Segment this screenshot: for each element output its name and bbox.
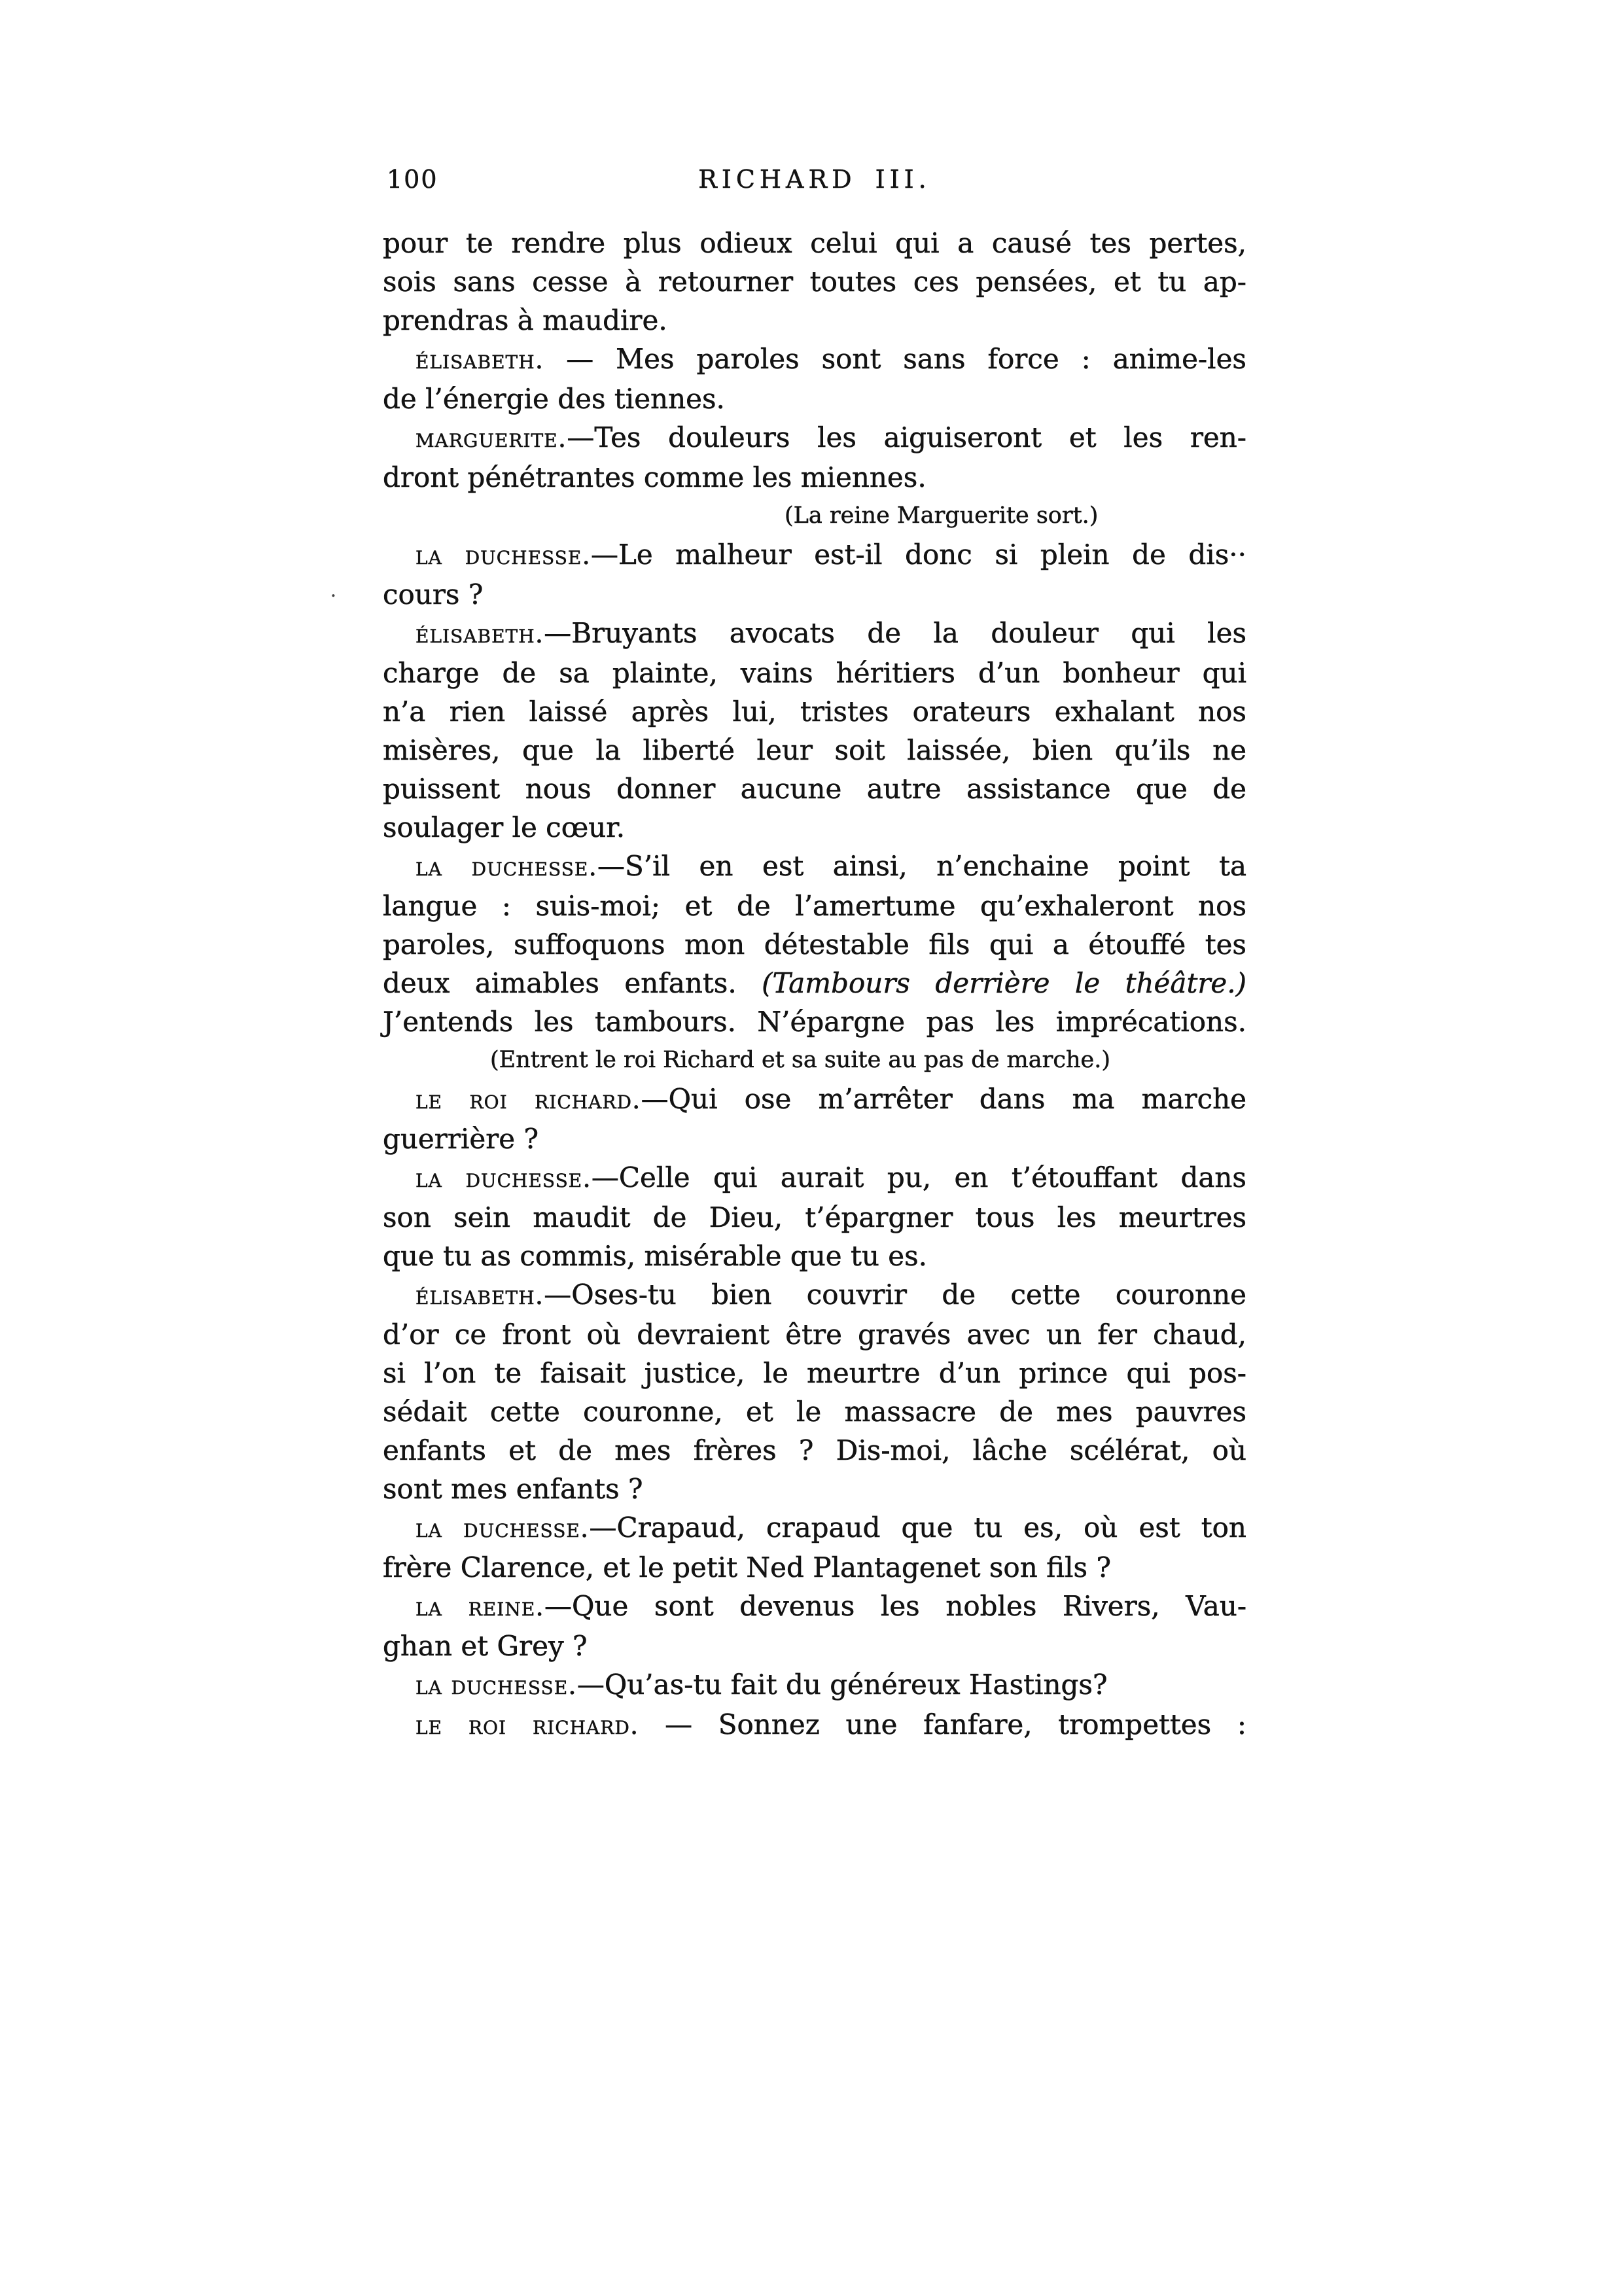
dialogue-text: —Celle qui aurait pu, en t’étouffant dan… xyxy=(591,1161,1246,1193)
text-line: élisabeth.—Oses-tu bien couvrir de cette… xyxy=(383,1275,1246,1315)
stage-direction-line: (La reine Marguerite sort.) xyxy=(785,497,1246,535)
speaker-name: la duchesse. xyxy=(415,1670,577,1701)
dialogue-text: sois sans cesse à retourner toutes ces p… xyxy=(383,266,1246,298)
text-line: sédait cette couronne, et le massacre de… xyxy=(383,1392,1246,1431)
text-line: paroles, suffoquons mon détestable fils … xyxy=(383,925,1246,964)
book-page-scan: 100 RICHARD III. pour te rendre plus odi… xyxy=(0,0,1624,2296)
dialogue-text: (La reine Marguerite sort.) xyxy=(785,503,1098,529)
dialogue-text: —Que sont devenus les nobles Rivers, Vau… xyxy=(544,1590,1246,1622)
speaker-name: le roi richard. xyxy=(415,1085,641,1115)
dialogue-text: misères, que la liberté leur soit laissé… xyxy=(383,734,1246,766)
dialogue-text: que tu as commis, misérable que tu es. xyxy=(383,1240,927,1272)
speaker-name: élisabeth. xyxy=(415,1280,544,1311)
stage-direction-line: (Entrent le roi Richard et sa suite au p… xyxy=(490,1041,1246,1080)
dialogue-text: —Qui ose m’arrêter dans ma marche xyxy=(641,1083,1246,1115)
dialogue-text: n’a rien laissé après lui, tristes orate… xyxy=(383,696,1246,728)
dialogue-text: — Mes paroles sont sans force : anime-le… xyxy=(544,343,1246,375)
dialogue-text: J’entends les tambours. N’épargne pas le… xyxy=(383,1006,1246,1038)
dialogue-text: prendras à maudire. xyxy=(383,304,667,336)
text-line: pour te rendre plus odieux celui qui a c… xyxy=(383,224,1246,262)
text-line: deux aimables enfants. (Tambours derrièr… xyxy=(383,964,1246,1002)
text-line: dront pénétrantes comme les miennes. xyxy=(383,458,1246,497)
text-line: prendras à maudire. xyxy=(383,301,1246,340)
text-line: le roi richard.—Qui ose m’arrêter dans m… xyxy=(383,1080,1246,1120)
text-line: J’entends les tambours. N’épargne pas le… xyxy=(383,1002,1246,1041)
text-line: la reine.—Que sont devenus les nobles Ri… xyxy=(383,1587,1246,1627)
text-line: la duchesse.—S’il en est ainsi, n’enchai… xyxy=(383,847,1246,887)
dialogue-text: frère Clarence, et le petit Ned Plantage… xyxy=(383,1551,1111,1583)
text-line: charge de sa plainte, vains héritiers d’… xyxy=(383,654,1246,692)
dialogue-text: de l’énergie des tiennes. xyxy=(383,383,725,415)
dialogue-text: charge de sa plainte, vains héritiers d’… xyxy=(383,657,1246,689)
text-line: sont mes enfants ? xyxy=(383,1470,1246,1508)
text-line: d’or ce front où devraient être gravés a… xyxy=(383,1315,1246,1354)
text-line: langue : suis-moi; et de l’amertume qu’e… xyxy=(383,887,1246,925)
dialogue-text: —Oses-tu bien couvrir de cette couronne xyxy=(544,1279,1246,1311)
text-line: la duchesse.—Celle qui aurait pu, en t’é… xyxy=(383,1158,1246,1198)
text-line: son sein maudit de Dieu, t’épargner tous… xyxy=(383,1198,1246,1237)
dialogue-text: puissent nous donner aucune autre assist… xyxy=(383,773,1246,805)
dialogue-text: deux aimables enfants. xyxy=(383,967,762,999)
text-line: marguerite.—Tes douleurs les aiguiseront… xyxy=(383,418,1246,458)
text-line: enfants et de mes frères ? Dis-moi, lâch… xyxy=(383,1431,1246,1470)
dialogue-text: —Le malheur est-il donc si plein de dis·… xyxy=(591,539,1246,571)
speaker-name: la duchesse. xyxy=(415,540,591,571)
speaker-name: marguerite. xyxy=(415,423,567,453)
text-line: sois sans cesse à retourner toutes ces p… xyxy=(383,262,1246,301)
text-line: élisabeth. — Mes paroles sont sans force… xyxy=(383,340,1246,380)
speaker-name: élisabeth. xyxy=(415,345,544,375)
dialogue-text: ghan et Grey ? xyxy=(383,1630,588,1662)
dialogue-text: enfants et de mes frères ? Dis-moi, lâch… xyxy=(383,1434,1246,1466)
speaker-name: la reine. xyxy=(415,1592,544,1622)
text-line: si l’on te faisait justice, le meurtre d… xyxy=(383,1354,1246,1392)
text-line: de l’énergie des tiennes. xyxy=(383,380,1246,418)
inline-stage-direction: (Tambours derrière le théâtre.) xyxy=(762,967,1246,999)
text-line: frère Clarence, et le petit Ned Plantage… xyxy=(383,1548,1246,1587)
text-line: la duchesse.—Crapaud, crapaud que tu es,… xyxy=(383,1508,1246,1548)
speaker-name: élisabeth. xyxy=(415,619,544,649)
dialogue-text: sédait cette couronne, et le massacre de… xyxy=(383,1396,1246,1428)
text-line: élisabeth.—Bruyants avocats de la douleu… xyxy=(383,614,1246,654)
speaker-name: la duchesse. xyxy=(415,1163,591,1193)
dialogue-text: —Bruyants avocats de la douleur qui les xyxy=(544,617,1246,649)
text-line: guerrière ? xyxy=(383,1120,1246,1158)
text-line: la duchesse.—Le malheur est-il donc si p… xyxy=(383,535,1246,575)
dialogue-text: son sein maudit de Dieu, t’épargner tous… xyxy=(383,1201,1246,1233)
page-header: 100 RICHARD III. xyxy=(383,165,1246,195)
text-line: que tu as commis, misérable que tu es. xyxy=(383,1237,1246,1275)
speaker-name: la duchesse. xyxy=(415,852,597,882)
text-line: ·cours ? xyxy=(383,575,1246,614)
dialogue-text: pour te rendre plus odieux celui qui a c… xyxy=(383,227,1246,259)
text-line: n’a rien laissé après lui, tristes orate… xyxy=(383,692,1246,731)
dialogue-text: paroles, suffoquons mon détestable fils … xyxy=(383,928,1246,961)
dialogue-text: cours ? xyxy=(383,578,483,610)
marginal-mark: · xyxy=(330,576,336,615)
text-line: soulager le cœur. xyxy=(383,808,1246,847)
text-line: puissent nous donner aucune autre assist… xyxy=(383,769,1246,808)
dialogue-text: d’or ce front où devraient être gravés a… xyxy=(383,1318,1246,1351)
running-title: RICHARD III. xyxy=(383,165,1246,194)
dialogue-text: —S’il en est ainsi, n’enchaine point ta xyxy=(597,850,1246,882)
dialogue-text: —Qu’as-tu fait du généreux Hastings? xyxy=(577,1669,1108,1701)
text-line: ghan et Grey ? xyxy=(383,1627,1246,1665)
dialogue-text: soulager le cœur. xyxy=(383,811,625,843)
text-line: le roi richard. — Sonnez une fanfare, tr… xyxy=(383,1705,1246,1745)
dialogue-text: —Tes douleurs les aiguiseront et les ren… xyxy=(567,421,1246,453)
dialogue-text: langue : suis-moi; et de l’amertume qu’e… xyxy=(383,890,1246,922)
speaker-name: le roi richard. xyxy=(415,1710,639,1740)
dialogue-text: sont mes enfants ? xyxy=(383,1473,643,1505)
dialogue-text: si l’on te faisait justice, le meurtre d… xyxy=(383,1357,1246,1389)
text-body: pour te rendre plus odieux celui qui a c… xyxy=(383,224,1246,1745)
text-line: misères, que la liberté leur soit laissé… xyxy=(383,731,1246,769)
text-line: la duchesse.—Qu’as-tu fait du généreux H… xyxy=(383,1665,1246,1705)
text-column: 100 RICHARD III. pour te rendre plus odi… xyxy=(383,150,1246,1745)
dialogue-text: guerrière ? xyxy=(383,1123,538,1155)
dialogue-text: (Entrent le roi Richard et sa suite au p… xyxy=(490,1047,1110,1073)
dialogue-text: — Sonnez une fanfare, trompettes : xyxy=(639,1708,1246,1740)
speaker-name: la duchesse. xyxy=(415,1513,590,1544)
dialogue-text: dront pénétrantes comme les miennes. xyxy=(383,461,927,493)
dialogue-text: —Crapaud, crapaud que tu es, où est ton xyxy=(590,1511,1246,1544)
